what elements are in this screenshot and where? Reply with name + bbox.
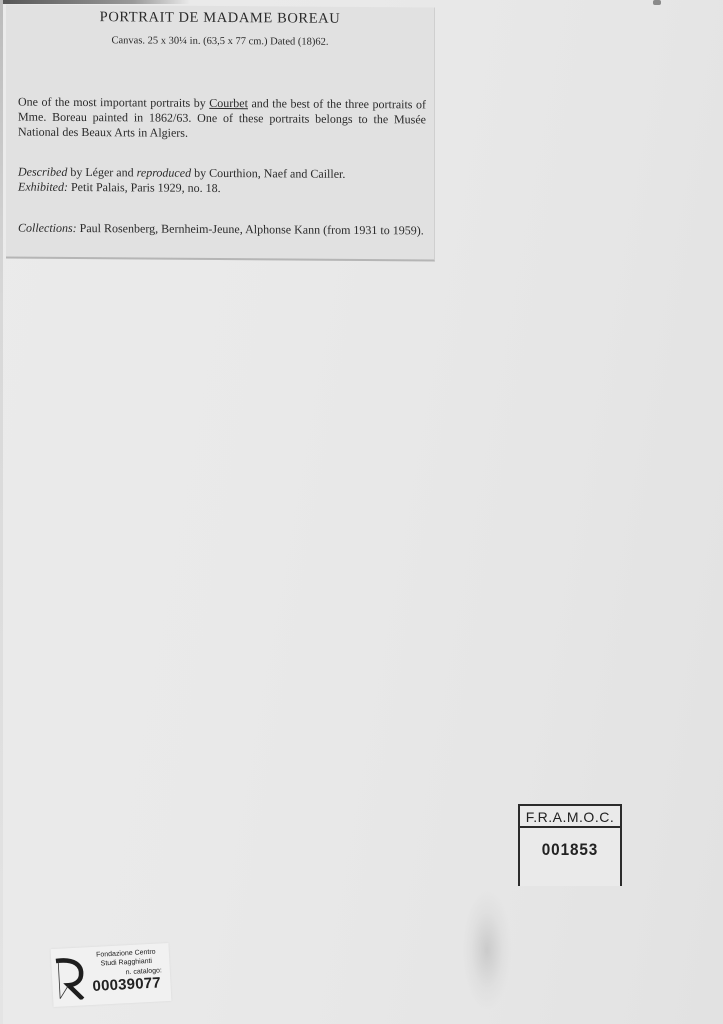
catalog-number: 00039077 — [92, 974, 161, 995]
artwork-description-label: PORTRAIT DE MADAME BOREAU Canvas. 25 x 3… — [6, 5, 435, 262]
described-text: by Léger and — [67, 165, 136, 179]
exhibited-label: Exhibited: — [18, 180, 68, 194]
exhibited-line: Exhibited: Petit Palais, Paris 1929, no.… — [18, 180, 426, 198]
artwork-title: PORTRAIT DE MADAME BOREAU — [6, 9, 434, 29]
description-paragraph: One of the most important portraits by C… — [18, 95, 426, 143]
collections-text: Paul Rosenberg, Bernheim-Jeune, Alphonse… — [77, 221, 424, 237]
description-text-before: One of the most important portraits by — [18, 95, 209, 110]
scan-edge-shadow — [0, 0, 190, 4]
artwork-dimensions: Canvas. 25 x 30¼ in. (63,5 x 77 cm.) Dat… — [6, 35, 434, 49]
r-logo-icon — [55, 955, 87, 1001]
paper-smudge — [462, 890, 512, 1010]
foundation-catalog-label: Fondazione Centro Studi Ragghianti n. ca… — [51, 943, 172, 1007]
scan-speck — [653, 0, 661, 5]
exhibited-text: Petit Palais, Paris 1929, no. 18. — [68, 180, 221, 195]
framoc-header: F.R.A.M.O.C. — [520, 806, 620, 828]
reproduced-label: reproduced — [137, 165, 191, 179]
reproduced-text: by Courthion, Naef and Cailler. — [191, 166, 345, 181]
artist-name: Courbet — [209, 96, 248, 110]
framoc-number: 001853 — [525, 840, 615, 860]
literature-exhibition-paragraph: Described by Léger and reproduced by Cou… — [18, 165, 426, 198]
scan-left-edge — [0, 0, 3, 1024]
collections-paragraph: Collections: Paul Rosenberg, Bernheim-Je… — [18, 221, 426, 239]
described-label: Described — [18, 165, 67, 179]
collections-label: Collections: — [18, 221, 77, 235]
framoc-stamp: F.R.A.M.O.C. 001853 — [518, 804, 622, 886]
